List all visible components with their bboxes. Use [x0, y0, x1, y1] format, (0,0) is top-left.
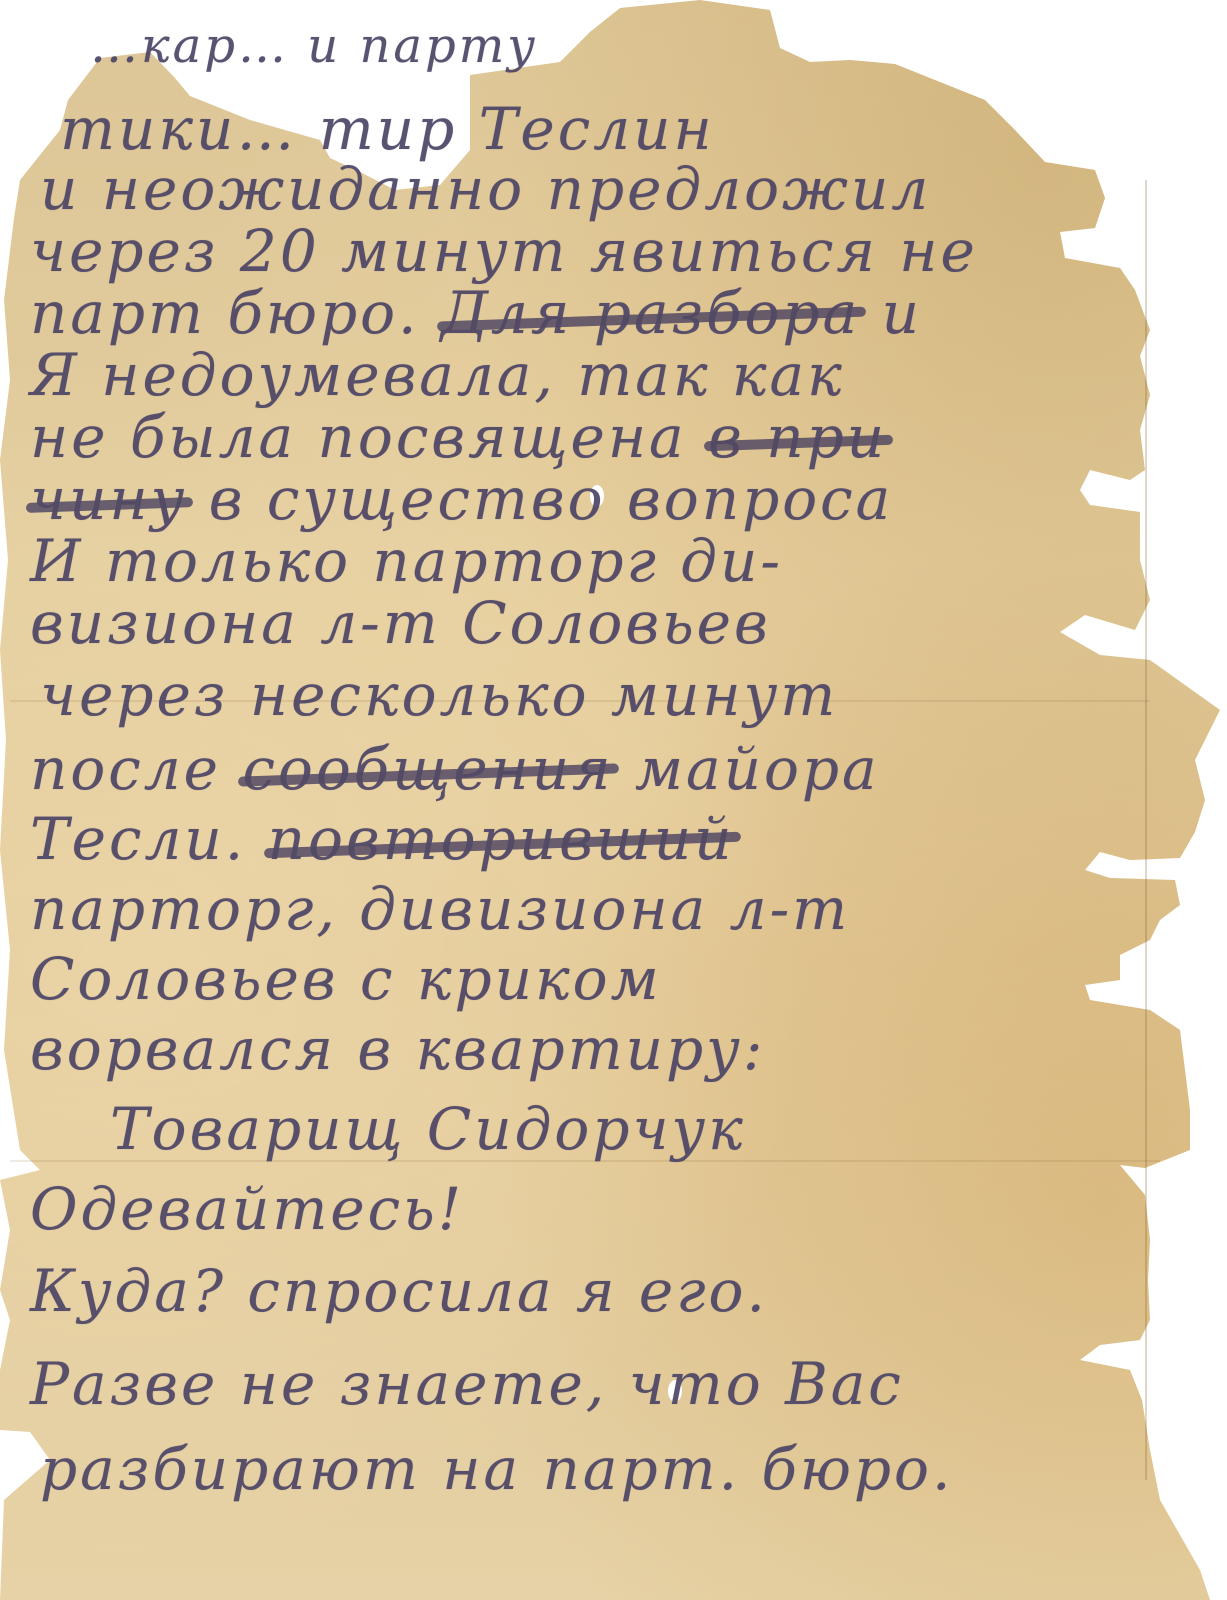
line-text: майора	[635, 735, 880, 803]
line-text: Тесли.	[30, 805, 246, 873]
handwritten-line-17: Товарищ Сидорчук	[110, 1100, 746, 1158]
handwritten-line-7: не была посвящена в при	[30, 408, 887, 466]
handwritten-line-20: Разве не знаете, что Вас	[30, 1355, 904, 1413]
handwritten-line-8: чину в существо вопроса	[30, 470, 893, 528]
line-text: и	[882, 279, 922, 347]
line-text: И только парторг ди-	[30, 527, 783, 595]
line-text: тики… тир Теслин	[60, 95, 715, 163]
handwritten-line-14: парторг, дивизиона л-т	[30, 880, 850, 938]
handwritten-line-16: ворвался в квартиру:	[30, 1020, 765, 1078]
handwritten-line-21: разбирают на парт. бюро.	[40, 1440, 953, 1498]
struck-text: Для разбора	[441, 279, 860, 347]
handwritten-line-15: Соловьев с криком	[30, 950, 662, 1008]
handwritten-line-9: И только парторг ди-	[30, 532, 783, 590]
line-text: разбирают на парт. бюро.	[40, 1435, 953, 1503]
handwritten-line-4: через 20 минут явиться не	[30, 222, 978, 280]
line-text: и неожиданно предложил	[40, 155, 931, 223]
struck-text: сообщения	[242, 735, 613, 803]
handwritten-line-3: и неожиданно предложил	[40, 160, 931, 218]
handwritten-line-6: Я недоумевала, так как	[30, 346, 845, 404]
handwritten-line-12: после сообщения майора	[30, 740, 880, 798]
handwritten-line-11: через несколько минут	[40, 666, 838, 724]
line-text: через несколько минут	[40, 661, 838, 729]
line-text: парторг, дивизиона л-т	[30, 875, 850, 943]
line-text: ворвался в квартиру:	[30, 1015, 765, 1083]
line-text: парт бюро.	[30, 279, 419, 347]
line-text: Одевайтесь!	[30, 1175, 464, 1243]
fold-crease-vertical	[1145, 180, 1147, 1480]
line-text: Я недоумевала, так как	[30, 341, 845, 409]
line-text: Товарищ Сидорчук	[110, 1095, 746, 1163]
line-text: не была посвящена	[30, 403, 687, 471]
handwritten-line-2: тики… тир Теслин	[60, 100, 715, 158]
struck-text: чину	[30, 465, 187, 533]
line-text: Разве не знаете, что Вас	[30, 1350, 904, 1418]
handwritten-line-10: визиона л-т Соловьев	[30, 594, 771, 652]
line-text: через 20 минут явиться не	[30, 217, 978, 285]
handwritten-line-5: парт бюро. Для разбора и	[30, 284, 922, 342]
line-text: Соловьев с криком	[30, 945, 662, 1013]
line-text: …кар… и парту	[90, 18, 538, 74]
line-text: после	[30, 735, 221, 803]
handwritten-line-13: Тесли. повторивший	[30, 810, 735, 868]
line-text: визиона л-т Соловьев	[30, 589, 771, 657]
handwritten-line-19: Куда? спросила я его.	[30, 1262, 768, 1320]
handwritten-line-18: Одевайтесь!	[30, 1180, 464, 1238]
line-text: в существо вопроса	[209, 465, 893, 533]
struck-text: в при	[708, 403, 887, 471]
handwritten-line-1: …кар… и парту	[90, 22, 538, 70]
line-text: Куда? спросила я его.	[30, 1257, 768, 1325]
struck-text: повторивший	[268, 805, 735, 873]
